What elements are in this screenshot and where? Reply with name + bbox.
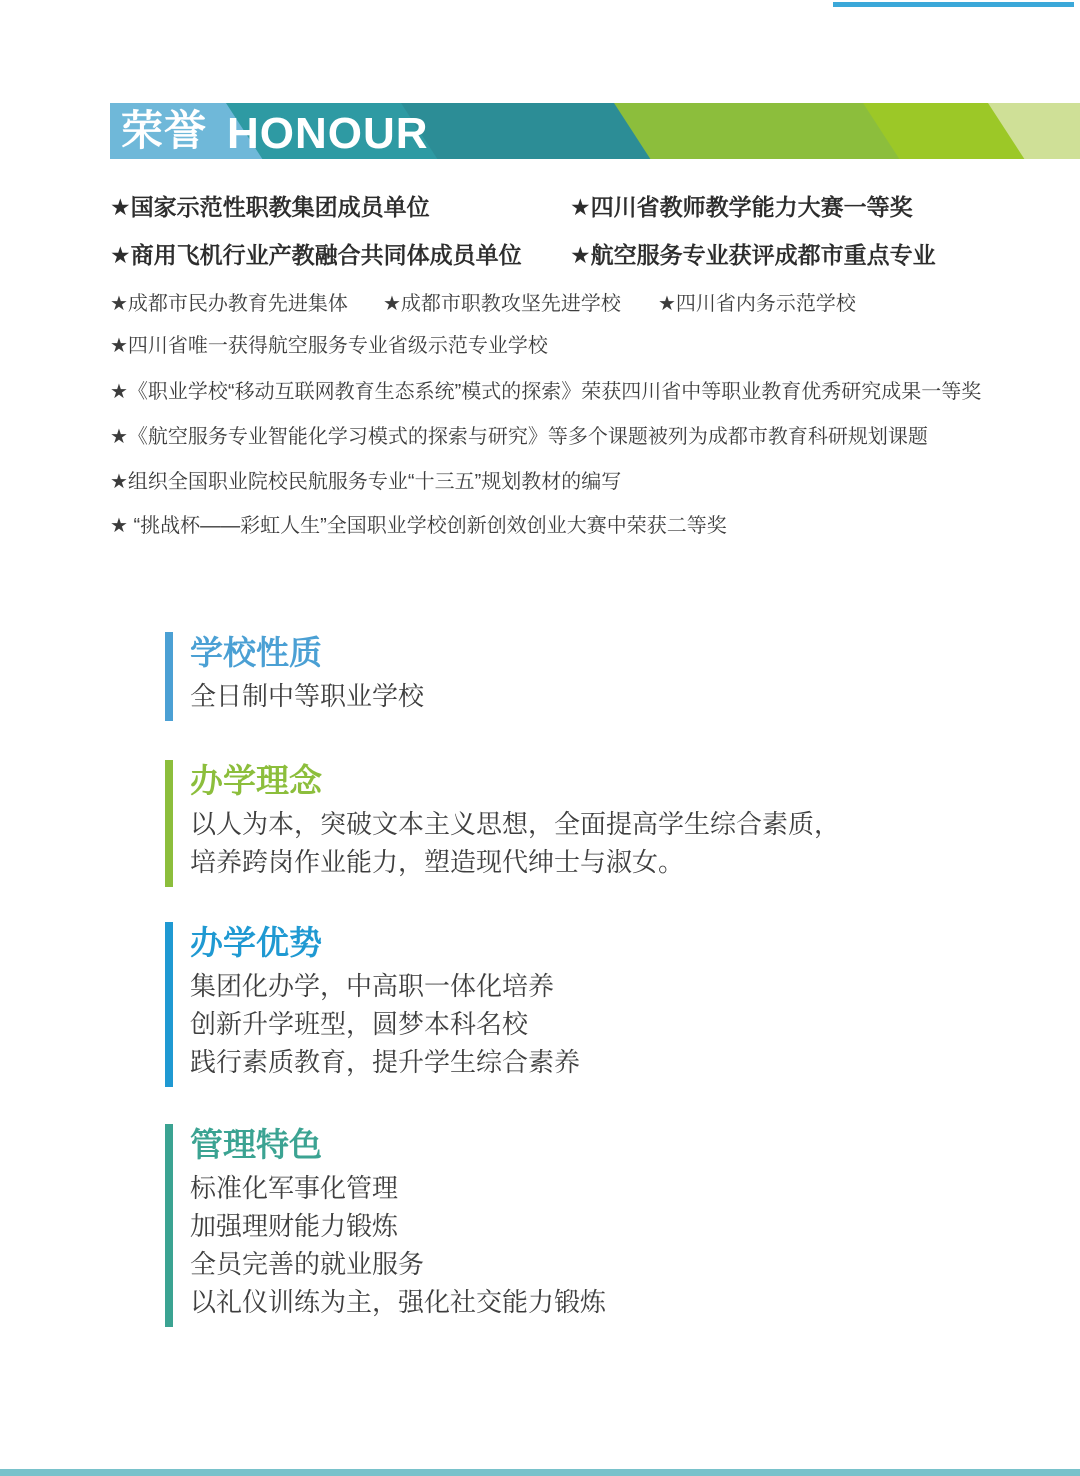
section-title: 办学优势 <box>190 922 970 963</box>
section-line: 以礼仪训练为主，强化社交能力锻炼 <box>190 1283 970 1321</box>
section-line: 加强理财能力锻炼 <box>190 1207 970 1245</box>
banner-title-zh: 荣誉 <box>121 110 207 152</box>
honor-item: ★成都市民办教育先进集体 <box>110 287 348 316</box>
honor-item: ★商用飞机行业产教融合共同体成员单位 <box>110 237 522 270</box>
honor-item: ★四川省教师教学能力大赛一等奖 <box>570 189 913 222</box>
section-line: 集团化办学，中高职一体化培养 <box>190 967 970 1005</box>
honor-row-6: ★《航空服务专业智能化学习模式的探索与研究》等多个课题被列为成都市教育科研规划课… <box>110 420 928 449</box>
section-line: 标准化军事化管理 <box>190 1169 970 1207</box>
section-title: 管理特色 <box>190 1124 970 1165</box>
section-line: 全日制中等职业学校 <box>190 677 970 715</box>
section-line: 践行素质教育，提升学生综合素养 <box>190 1043 970 1081</box>
page: 荣誉 HONOUR ★国家示范性职教集团成员单位 ★四川省教师教学能力大赛一等奖… <box>0 0 1080 1476</box>
top-accent-line <box>833 2 1074 7</box>
honor-row-4: ★四川省唯一获得航空服务专业省级示范专业学校 <box>110 329 548 358</box>
honor-item: ★国家示范性职教集团成员单位 <box>110 189 430 222</box>
honor-row-7: ★组织全国职业院校民航服务专业“十三五”规划教材的编写 <box>110 465 621 494</box>
section-title: 办学理念 <box>190 760 970 801</box>
banner-title-en: HONOUR <box>227 112 429 156</box>
section-line: 全员完善的就业服务 <box>190 1245 970 1283</box>
section-line: 以人为本，突破文本主义思想，全面提高学生综合素质， <box>190 805 970 843</box>
honor-item: ★成都市职教攻坚先进学校 <box>383 287 621 316</box>
honour-banner: 荣誉 HONOUR <box>110 103 1080 159</box>
bottom-accent-line <box>0 1469 1080 1476</box>
honor-item: ★四川省内务示范学校 <box>658 287 856 316</box>
section-management: 管理特色 标准化军事化管理 加强理财能力锻炼 全员完善的就业服务 以礼仪训练为主… <box>165 1124 970 1327</box>
honor-item: ★航空服务专业获评成都市重点专业 <box>570 237 936 270</box>
section-line: 创新升学班型，圆梦本科名校 <box>190 1005 970 1043</box>
section-line: 培养跨岗作业能力，塑造现代绅士与淑女。 <box>190 843 970 881</box>
section-advantages: 办学优势 集团化办学，中高职一体化培养 创新升学班型，圆梦本科名校 践行素质教育… <box>165 922 970 1087</box>
section-title: 学校性质 <box>190 632 970 673</box>
honor-row-8: ★ “挑战杯——彩虹人生”全国职业学校创新创效创业大赛中荣获二等奖 <box>110 509 727 538</box>
section-philosophy: 办学理念 以人为本，突破文本主义思想，全面提高学生综合素质， 培养跨岗作业能力，… <box>165 760 970 887</box>
honor-row-5: ★《职业学校“移动互联网教育生态系统”模式的探索》荣获四川省中等职业教育优秀研究… <box>110 375 981 404</box>
section-school-nature: 学校性质 全日制中等职业学校 <box>165 632 970 721</box>
